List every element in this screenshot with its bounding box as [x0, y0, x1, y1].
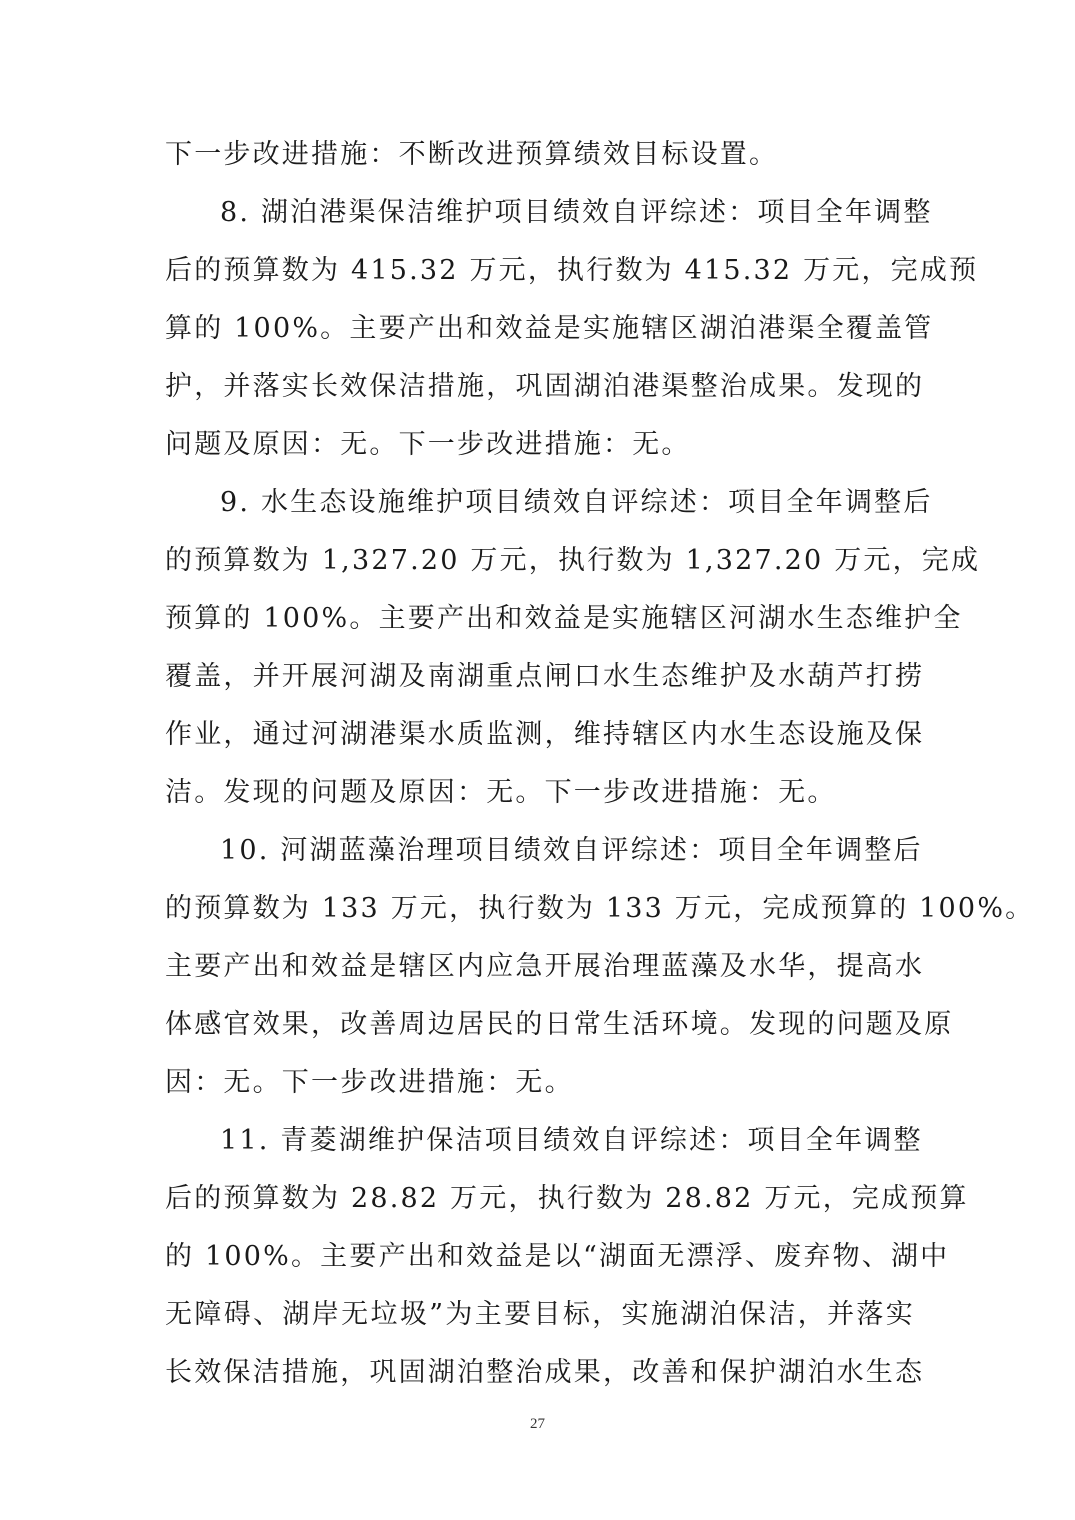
paragraph-10-line-2: 的预算数为 133 万元，执行数为 133 万元，完成预算的 100%。: [165, 889, 915, 929]
paragraph-11-line-4: 无障碍、湖岸无垃圾”为主要目标，实施湖泊保洁，并落实: [165, 1295, 915, 1335]
paragraph-10-line-5: 因：无。下一步改进措施：无。: [165, 1063, 915, 1103]
document-page: 下一步改进措施：不断改进预算绩效目标设置。 8. 湖泊港渠保洁维护项目绩效自评综…: [0, 0, 1075, 1520]
paragraph-8-line-4: 护，并落实长效保洁措施，巩固湖泊港渠整治成果。发现的: [165, 367, 915, 407]
paragraph-8-line-3: 算的 100%。主要产出和效益是实施辖区湖泊港渠全覆盖管: [165, 309, 915, 349]
paragraph-11-heading-line: 11. 青菱湖维护保洁项目绩效自评综述：项目全年调整: [220, 1121, 915, 1161]
paragraph-9-line-4: 覆盖，并开展河湖及南湖重点闸口水生态维护及水葫芦打捞: [165, 657, 915, 697]
paragraph-8-line-5: 问题及原因：无。下一步改进措施：无。: [165, 425, 915, 465]
paragraph-10-line-3: 主要产出和效益是辖区内应急开展治理蓝藻及水华，提高水: [165, 947, 915, 987]
paragraph-9-line-3: 预算的 100%。主要产出和效益是实施辖区河湖水生态维护全: [165, 599, 915, 639]
paragraph-7-line-1: 下一步改进措施：不断改进预算绩效目标设置。: [165, 135, 915, 175]
paragraph-10-line-4: 体感官效果，改善周边居民的日常生活环境。发现的问题及原: [165, 1005, 915, 1045]
paragraph-8-heading-line: 8. 湖泊港渠保洁维护项目绩效自评综述：项目全年调整: [220, 193, 915, 233]
paragraph-9-line-2: 的预算数为 1,327.20 万元，执行数为 1,327.20 万元，完成: [165, 541, 915, 581]
paragraph-11-line-5: 长效保洁措施，巩固湖泊整治成果，改善和保护湖泊水生态: [165, 1353, 915, 1393]
paragraph-8-line-2: 后的预算数为 415.32 万元，执行数为 415.32 万元，完成预: [165, 251, 915, 291]
paragraph-11-line-3: 的 100%。主要产出和效益是以“湖面无漂浮、废弃物、湖中: [165, 1237, 915, 1277]
paragraph-9-line-5: 作业，通过河湖港渠水质监测，维持辖区内水生态设施及保: [165, 715, 915, 755]
paragraph-10-heading-line: 10. 河湖蓝藻治理项目绩效自评综述：项目全年调整后: [220, 831, 915, 871]
page-number: 27: [0, 1416, 1075, 1433]
paragraph-9-heading-line: 9. 水生态设施维护项目绩效自评综述：项目全年调整后: [220, 483, 915, 523]
paragraph-11-line-2: 后的预算数为 28.82 万元，执行数为 28.82 万元，完成预算: [165, 1179, 915, 1219]
paragraph-9-line-6: 洁。发现的问题及原因：无。下一步改进措施：无。: [165, 773, 915, 813]
